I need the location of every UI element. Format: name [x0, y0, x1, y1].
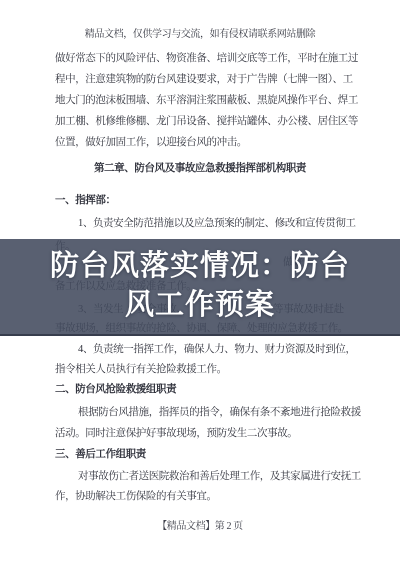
document-page: 精品文档，仅供学习与交流，如有侵权请联系网站删除 做好常态下的风险评估、物资准备…: [0, 0, 400, 566]
intro-paragraph-line: 程中，注意建筑物的防台风建设要求，对于广告牌（七牌一图）、工: [55, 73, 353, 86]
list-item4-line2: 指令相关人员执行有关抢险救援工作。: [55, 363, 227, 376]
intro-paragraph-line: 做好常态下的风险评估、物资准备、培训交底等工作，平时在施工过: [55, 52, 358, 65]
list-item1-line1: 1、负责安全防范措施以及应急预案的制定、修改和宣传贯彻工: [78, 217, 356, 230]
section2-paragraph-line: 根据防台风措施，指挥员的指令，确保有条不紊地进行抢险救援: [78, 406, 361, 419]
section3-heading: 三、善后工作组职责: [55, 448, 146, 461]
intro-paragraph-line: 加工棚、机修维修棚、龙门吊设备、搅拌站罐体、办公楼、居住区等: [55, 115, 358, 128]
section1-heading: 一、指挥部：: [55, 194, 116, 207]
watermark-banner: 防台风落实情况：防台 风工作预案: [0, 239, 400, 336]
watermark-title-line2: 风工作预案: [50, 285, 350, 324]
section2-paragraph-line: 活动。同时注意保护好事故现场，预防发生二次事故。: [55, 427, 297, 440]
section3-paragraph-line: 作，协助解决工伤保险的有关事宜。: [55, 490, 217, 503]
header-notice: 精品文档，仅供学习与交流，如有侵权请联系网站删除: [0, 28, 400, 41]
chapter-heading: 第二章、防台风及事故应急救援指挥部机构职责: [0, 162, 400, 175]
list-item4-line1: 4、负责统一指挥工作，确保人力、物力、财力资源及时到位，: [78, 343, 356, 356]
intro-paragraph-line: 位置，做好加固工作，以迎接台风的冲击。: [55, 136, 247, 149]
section3-paragraph-line: 对事故伤亡者送医院救治和善后处理工作，及其家属进行安抚工: [78, 470, 361, 483]
watermark-title-line1: 防台风落实情况：防台: [50, 246, 350, 285]
watermark-title: 防台风落实情况：防台 风工作预案: [50, 246, 350, 324]
page-footer: 【精品文档】第 2 页: [0, 520, 400, 533]
intro-paragraph-line: 地大门的泡沫板围墙、东平溶洞注浆围蔽板、黑旋风操作平台、焊工: [55, 94, 358, 107]
section2-heading: 二、防台风抢险救援组职责: [55, 383, 176, 396]
